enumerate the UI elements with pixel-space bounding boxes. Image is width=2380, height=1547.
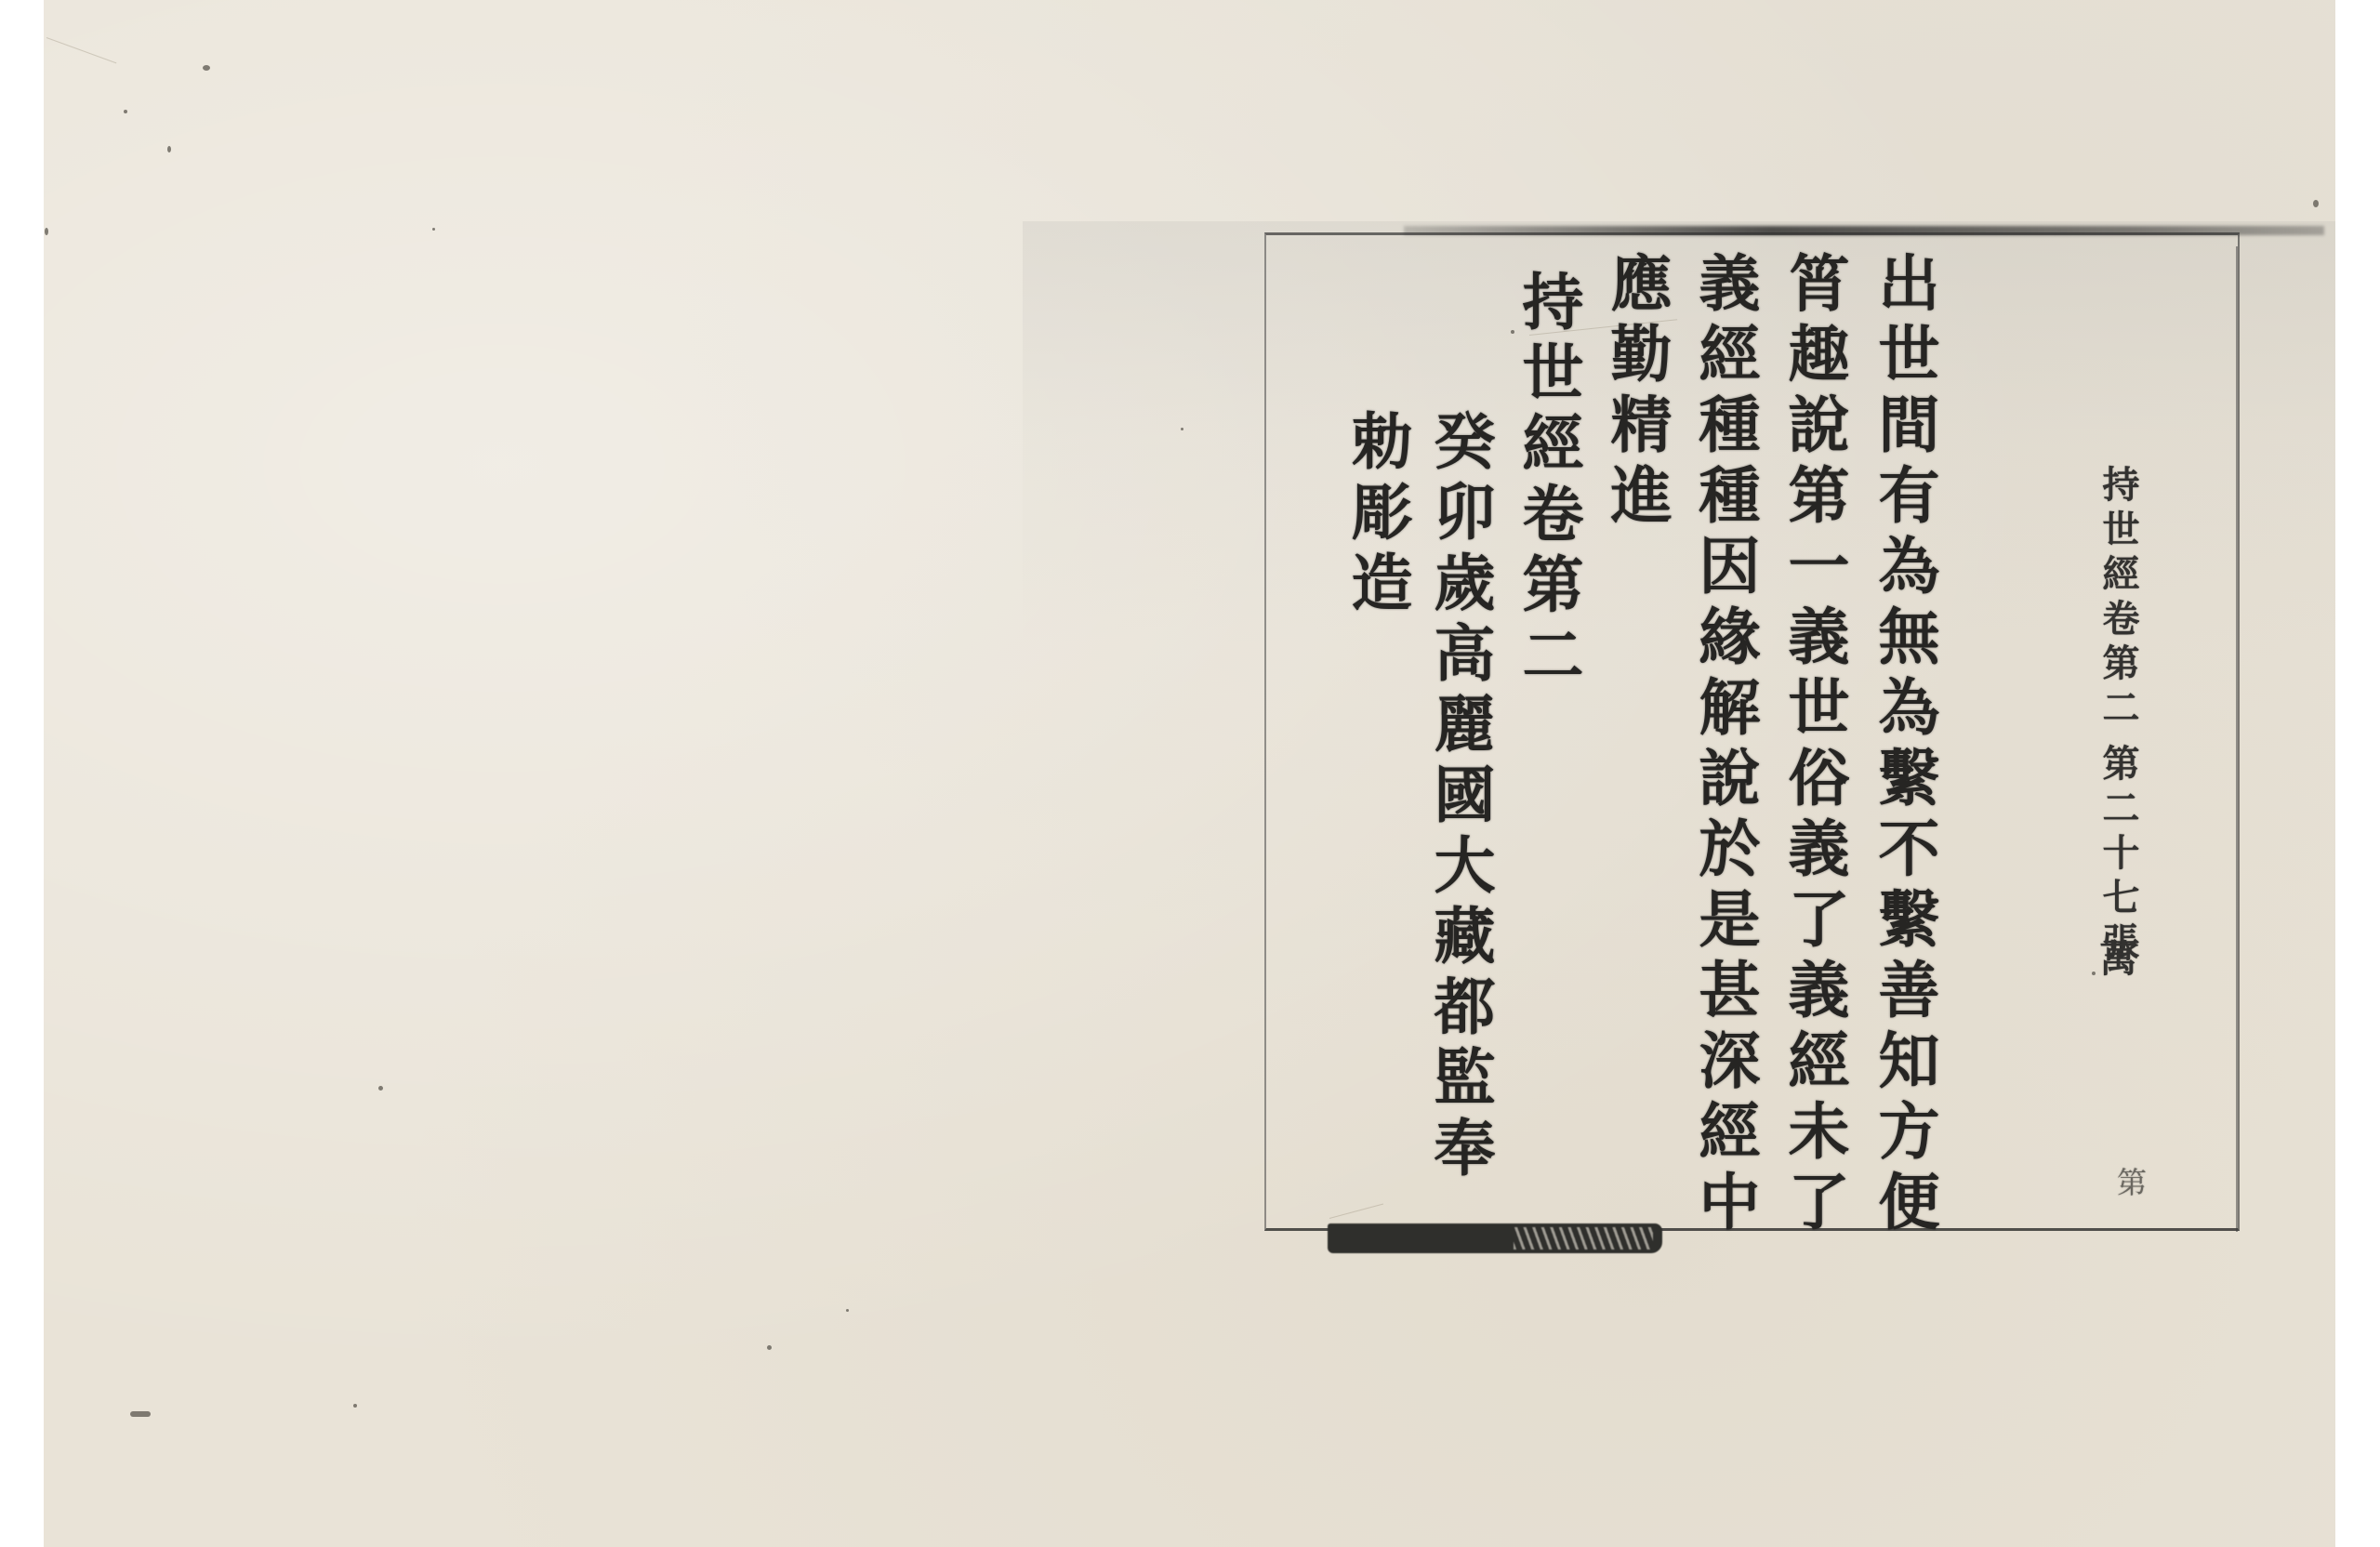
text-column-4: 應勤精進 bbox=[1606, 251, 1667, 534]
colophon-column-1: 癸卯歲高麗國大藏都監奉 bbox=[1429, 409, 1490, 1186]
margin-rule bbox=[2236, 246, 2238, 1232]
paper-speck bbox=[353, 1404, 357, 1408]
paper-speck bbox=[378, 1086, 383, 1091]
margin-case-mark: 萬 bbox=[2096, 939, 2134, 984]
margin-sutra-title: 持世經卷第二 bbox=[2099, 465, 2136, 733]
bottom-ink-bar bbox=[1328, 1223, 1662, 1253]
margin-sheet-number: 第二十七張 bbox=[2099, 744, 2136, 967]
paper-speck bbox=[130, 1411, 151, 1417]
text-column-3: 義經種種因緣解說於是甚深經中 bbox=[1694, 251, 1755, 1240]
colophon-column-2: 勅彫造 bbox=[1346, 409, 1408, 621]
paper-speck bbox=[2313, 200, 2319, 207]
paper-speck bbox=[767, 1345, 772, 1350]
paper-speck bbox=[432, 228, 435, 231]
margin-bottom-mark: 第 bbox=[2115, 1167, 2145, 1204]
paper-speck bbox=[846, 1309, 849, 1312]
text-column-1: 出世間有為無為繫不繫善知方便 bbox=[1873, 251, 1935, 1240]
text-column-2: 筲趣說第一義世俗義了義經未了 bbox=[1783, 251, 1844, 1240]
paper-speck bbox=[1181, 428, 1183, 430]
paper-speck bbox=[203, 65, 210, 71]
paper-speck bbox=[45, 228, 48, 235]
paper-speck bbox=[167, 146, 171, 152]
paper-speck bbox=[124, 110, 127, 113]
sutra-title-column: 持世經卷第二 bbox=[1517, 270, 1579, 694]
